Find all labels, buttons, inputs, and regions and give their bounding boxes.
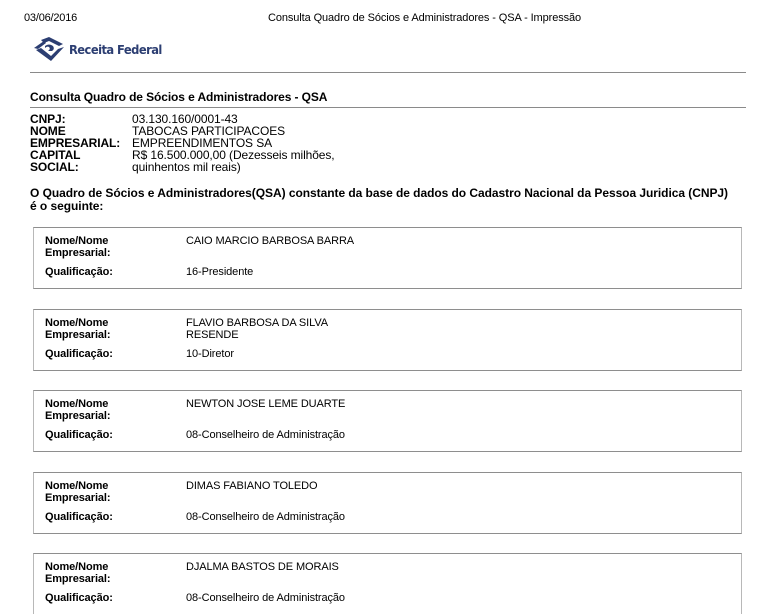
partner-name-line1: FLAVIO BARBOSA DA SILVA: [186, 317, 328, 329]
header-divider: [30, 72, 746, 73]
receita-federal-logo: Receita Federal: [32, 35, 170, 63]
partner-card: Nome/Nome Empresarial: NEWTON JOSE LEME …: [33, 390, 742, 452]
partner-name-line1: DIMAS FABIANO TOLEDO: [186, 480, 317, 492]
partner-name-line1: DJALMA BASTOS DE MORAIS: [186, 561, 339, 573]
partner-qualification-value: 10-Diretor: [186, 348, 234, 360]
partner-qualification-label: Qualificação:: [45, 266, 113, 278]
section-divider: [30, 107, 746, 108]
partner-name-line1: NEWTON JOSE LEME DUARTE: [186, 398, 345, 410]
qsa-intro-text: O Quadro de Sócios e Administradores(QSA…: [30, 187, 730, 213]
partner-name-label-line2: Empresarial:: [45, 247, 110, 259]
partner-name-label-line2: Empresarial:: [45, 573, 110, 585]
partner-name-label-line2: Empresarial:: [45, 410, 110, 422]
capital-value-line2: quinhentos mil reais): [132, 161, 372, 173]
partner-name-label-line2: Empresarial:: [45, 492, 110, 504]
company-name-label: NOME EMPRESARIAL:: [30, 125, 132, 149]
section-title: Consulta Quadro de Sócios e Administrado…: [30, 90, 327, 104]
partner-card: Nome/Nome Empresarial: CAIO MARCIO BARBO…: [33, 227, 742, 289]
partner-card: Nome/Nome Empresarial: FLAVIO BARBOSA DA…: [33, 309, 742, 371]
receita-federal-emblem-icon: [32, 37, 66, 61]
partner-name-label: Nome/Nome Empresarial:: [45, 235, 110, 259]
capital-label: CAPITAL SOCIAL:: [30, 149, 132, 173]
company-info: CNPJ: 03.130.160/0001-43 NOME EMPRESARIA…: [30, 113, 372, 173]
capital-row: CAPITAL SOCIAL: R$ 16.500.000,00 (Dezess…: [30, 149, 372, 173]
print-page-title: Consulta Quadro de Sócios e Administrado…: [268, 12, 581, 24]
logo-text: Receita Federal: [69, 42, 162, 57]
partner-qualification-value: 08-Conselheiro de Administração: [186, 592, 345, 604]
partner-name-value: CAIO MARCIO BARBOSA BARRA: [186, 235, 354, 247]
partner-card: Nome/Nome Empresarial: DJALMA BASTOS DE …: [33, 553, 742, 614]
partner-name-label: Nome/Nome Empresarial:: [45, 480, 110, 504]
partner-name-label-line2: Empresarial:: [45, 329, 110, 341]
partner-name-line2: RESENDE: [186, 329, 328, 341]
partner-name-label-line1: Nome/Nome: [45, 561, 110, 573]
partner-name-label-line1: Nome/Nome: [45, 235, 110, 247]
partner-name-label-line1: Nome/Nome: [45, 317, 110, 329]
partner-name-value: FLAVIO BARBOSA DA SILVA RESENDE: [186, 317, 328, 341]
partner-name-label: Nome/Nome Empresarial:: [45, 561, 110, 585]
partner-name-line1: CAIO MARCIO BARBOSA BARRA: [186, 235, 354, 247]
partner-qualification-label: Qualificação:: [45, 511, 113, 523]
print-date: 03/06/2016: [24, 12, 77, 24]
company-name-row: NOME EMPRESARIAL: TABOCAS PARTICIPACOES …: [30, 125, 372, 149]
partner-name-value: DJALMA BASTOS DE MORAIS: [186, 561, 339, 573]
partner-name-value: DIMAS FABIANO TOLEDO: [186, 480, 317, 492]
partner-name-label-line1: Nome/Nome: [45, 480, 110, 492]
partner-name-value: NEWTON JOSE LEME DUARTE: [186, 398, 345, 410]
partner-card: Nome/Nome Empresarial: DIMAS FABIANO TOL…: [33, 472, 742, 534]
partner-name-label: Nome/Nome Empresarial:: [45, 398, 110, 422]
partner-qualification-label: Qualificação:: [45, 592, 113, 604]
partner-qualification-value: 16-Presidente: [186, 266, 253, 278]
capital-value: R$ 16.500.000,00 (Dezesseis milhões, qui…: [132, 149, 372, 173]
partner-qualification-value: 08-Conselheiro de Administração: [186, 429, 345, 441]
partner-qualification-label: Qualificação:: [45, 429, 113, 441]
partner-qualification-value: 08-Conselheiro de Administração: [186, 511, 345, 523]
partner-name-label-line1: Nome/Nome: [45, 398, 110, 410]
partner-qualification-label: Qualificação:: [45, 348, 113, 360]
partner-name-label: Nome/Nome Empresarial:: [45, 317, 110, 341]
company-name-value: TABOCAS PARTICIPACOES EMPREENDIMENTOS SA: [132, 125, 372, 149]
